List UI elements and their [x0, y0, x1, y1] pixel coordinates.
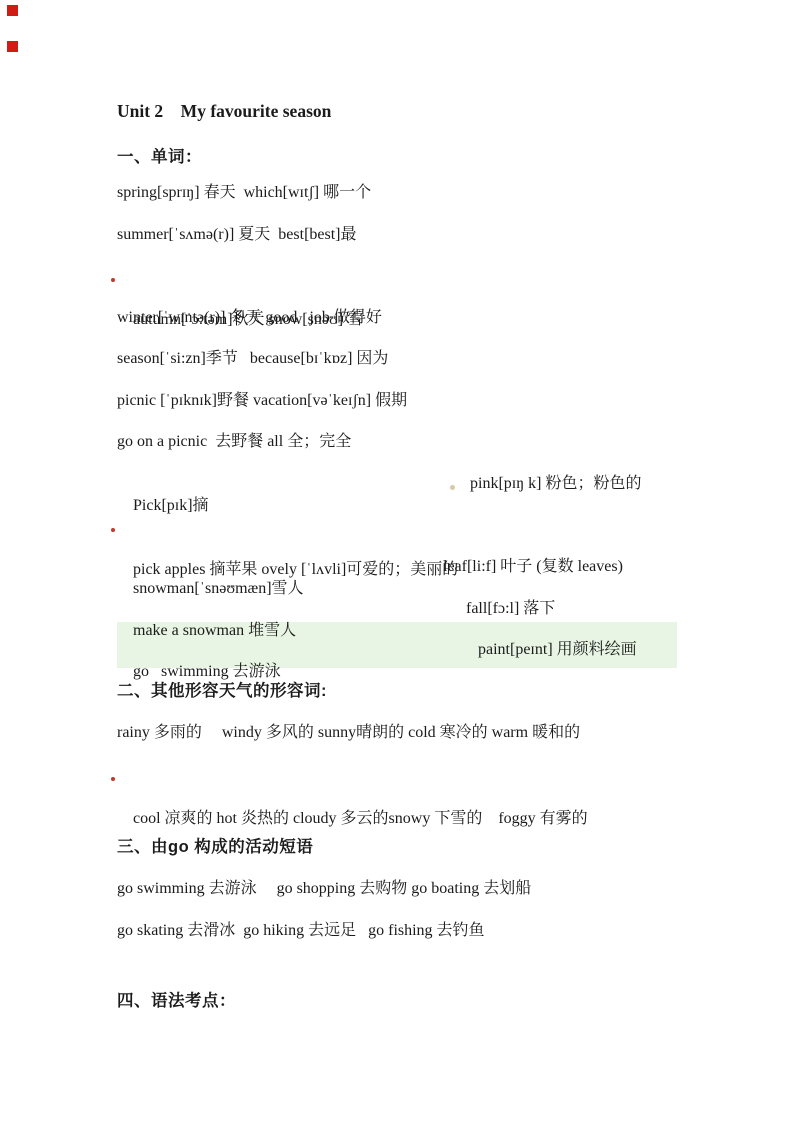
- weather-line-1: rainy 多雨的 windy 多风的 sunny晴朗的 cold 寒冷的 wa…: [0, 722, 793, 744]
- vocab-text: summer[ˈsʌmə(r)] 夏天 best[best]最: [117, 226, 357, 243]
- section-2-heading: 二、其他形容天气的形容词:: [0, 680, 793, 702]
- red-speck-icon: [111, 278, 115, 282]
- weather-text: cool 凉爽的 hot 炎热的 cloudy 多云的snowy 下雪的 fog…: [133, 810, 588, 827]
- vocab-line-picnic: picnic [ˈpɪknɪk]野餐 vacation[vəˈkeɪʃn] 假期: [0, 390, 793, 412]
- vocab-text: season[ˈsi:zn]季节 because[bɪˈkɒz] 因为: [117, 350, 388, 367]
- vocab-text-right: fall[fɔ:l] 落下: [466, 598, 555, 620]
- section-1-heading: 一、单词：: [0, 146, 793, 168]
- vocab-text: picnic [ˈpɪknɪk]野餐 vacation[vəˈkeɪʃn] 假期: [117, 392, 407, 409]
- go-phrase-line-1: go swimming 去游泳 go shopping 去购物 go boati…: [0, 878, 793, 900]
- tan-dot-icon: [450, 485, 455, 490]
- vocab-text: make a snowman 堆雪人: [133, 622, 296, 639]
- vocab-text-right: paint[peɪnt] 用颜料绘画: [478, 639, 637, 661]
- red-corner-marker-top: [7, 5, 18, 16]
- vocab-text: snowman[ˈsnəʊmæn]雪人: [133, 580, 304, 597]
- red-corner-marker-bottom: [7, 41, 18, 52]
- vocab-line-season: season[ˈsi:zn]季节 because[bɪˈkɒz] 因为: [0, 348, 793, 370]
- vocab-text: Pick[pɪk]摘: [133, 497, 209, 514]
- red-speck-icon: [111, 528, 115, 532]
- vocab-text: go on a picnic 去野餐 all 全；完全: [117, 433, 351, 450]
- weather-text: rainy 多雨的 windy 多风的 sunny晴朗的 cold 寒冷的 wa…: [117, 724, 580, 741]
- go-phrase-line-2: go skating 去滑冰 go hiking 去远足 go fishing …: [0, 920, 793, 942]
- vocab-line-spring: spring[sprɪŋ] 春天 which[wɪtʃ] 哪一个: [0, 182, 793, 204]
- vocab-text: winter[ˈwɪntə(r)] 冬天 good job 做得好: [117, 309, 382, 326]
- section-4-heading: 四、语法考点：: [0, 990, 793, 1012]
- vocab-line-go-on-a-picnic: go on a picnic 去野餐 all 全；完全: [0, 431, 793, 453]
- vocab-text: spring[sprɪŋ] 春天 which[wɪtʃ] 哪一个: [117, 184, 371, 201]
- section-3-heading: 三、由go 构成的活动短语: [0, 836, 793, 858]
- vocab-text: go swimming 去游泳: [133, 663, 281, 680]
- red-speck-icon: [111, 777, 115, 781]
- vocab-text-right: leaf[li:f] 叶子 (复数 leaves): [443, 556, 623, 578]
- go-phrase-text: go skating 去滑冰 go hiking 去远足 go fishing …: [117, 922, 485, 939]
- go-phrase-text: go swimming 去游泳 go shopping 去购物 go boati…: [117, 880, 531, 897]
- vocab-line-summer: summer[ˈsʌmə(r)] 夏天 best[best]最: [0, 224, 793, 246]
- vocab-line-winter: winter[ˈwɪntə(r)] 冬天 good job 做得好: [0, 307, 793, 329]
- page-title: Unit 2 My favourite season: [0, 100, 793, 122]
- document-page: Unit 2 My favourite season 一、单词： spring[…: [0, 0, 793, 1122]
- vocab-text-right: pink[pɪŋ k] 粉色；粉色的: [470, 473, 641, 495]
